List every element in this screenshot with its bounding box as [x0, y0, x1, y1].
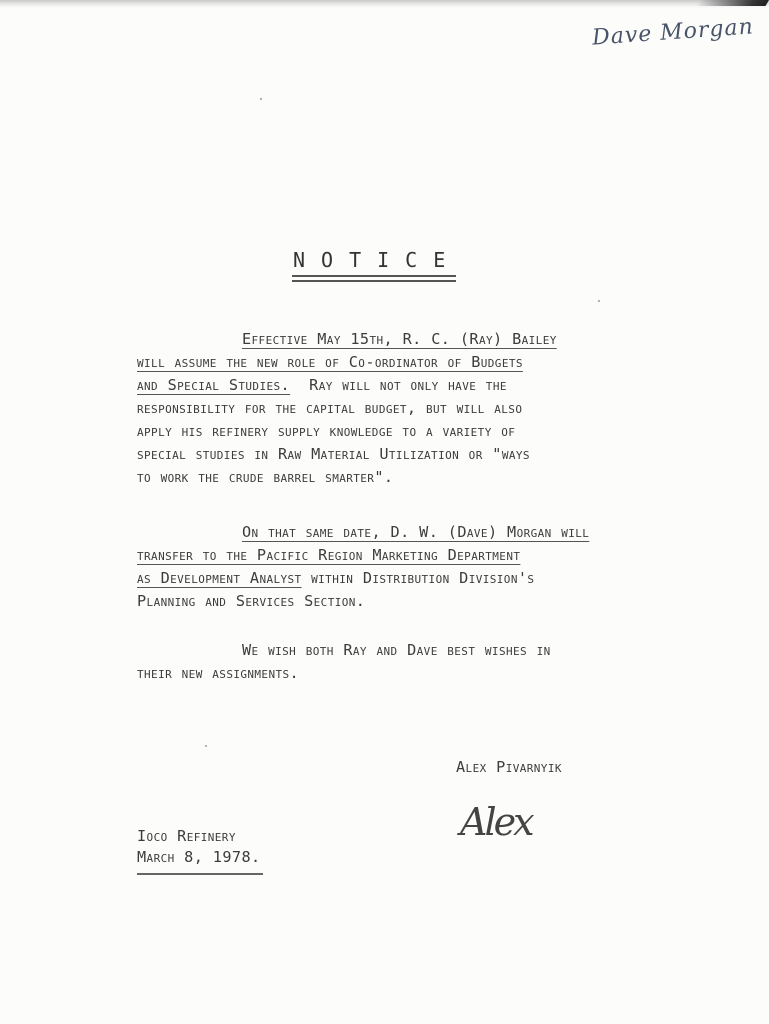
paper-speck [260, 98, 262, 100]
text-line: responsibility for the capital budget, b… [137, 398, 557, 421]
underlined-text: Effective May 15th, R. C. (Ray) Bailey [242, 330, 557, 348]
text-line: to work the crude barrel smarter". [137, 467, 557, 490]
text-segment: within Distribution Division's [302, 569, 535, 587]
paper-top-edge [0, 0, 769, 8]
text-line: On that same date, D. W. (Dave) Morgan w… [137, 522, 589, 545]
paper-speck [598, 300, 600, 302]
signature: Alex [460, 800, 532, 844]
text-line: their new assignments. [137, 663, 551, 686]
text-segment: special studies in Raw Material Utilizat… [137, 445, 530, 463]
paragraph-wishes: We wish both Ray and Dave best wishes in… [137, 640, 551, 686]
text-segment: Ray will not only have the [290, 376, 507, 394]
text-line: Planning and Services Section. [137, 591, 589, 614]
text-segment: responsibility for the capital budget, b… [137, 399, 522, 417]
text-segment: their new assignments. [137, 664, 299, 682]
text-segment: to work the crude barrel smarter". [137, 468, 393, 486]
underlined-text: will assume the new role of Co-ordinator… [137, 353, 523, 371]
paragraph-transfer: On that same date, D. W. (Dave) Morgan w… [137, 522, 589, 614]
paper-speck [205, 745, 207, 747]
title-double-underline [292, 275, 456, 282]
footer-date: March 8, 1978. [137, 847, 261, 868]
text-segment: We wish both Ray and Dave best wishes in [242, 641, 551, 659]
text-line: apply his refinery supply knowledge to a… [137, 421, 557, 444]
text-line: and Special Studies. Ray will not only h… [137, 375, 557, 398]
paragraph-role-change: Effective May 15th, R. C. (Ray) Baileywi… [137, 329, 557, 490]
paper-corner-fold [696, 0, 769, 6]
text-line: special studies in Raw Material Utilizat… [137, 444, 557, 467]
signatory-typed-name: Alex Pivarnyik [456, 758, 562, 776]
underlined-text: On that same date, D. W. (Dave) Morgan w… [242, 523, 589, 541]
text-line: transfer to the Pacific Region Marketing… [137, 545, 589, 568]
footer-block: Ioco Refinery March 8, 1978. [137, 826, 261, 868]
footer-location: Ioco Refinery [137, 826, 261, 847]
underlined-text: as Development Analyst [137, 569, 302, 587]
text-line: Effective May 15th, R. C. (Ray) Bailey [137, 329, 557, 352]
text-segment: Planning and Services Section. [137, 592, 365, 610]
text-segment: apply his refinery supply knowledge to a… [137, 422, 515, 440]
underlined-text: and Special Studies. [137, 376, 290, 394]
underlined-text: transfer to the Pacific Region Marketing… [137, 546, 520, 564]
text-line: as Development Analyst within Distributi… [137, 568, 589, 591]
footer-underline [137, 873, 263, 875]
notice-title: NOTICE [293, 248, 461, 272]
text-line: will assume the new role of Co-ordinator… [137, 352, 557, 375]
handwritten-note: Dave Morgan [591, 14, 754, 50]
text-line: We wish both Ray and Dave best wishes in [137, 640, 551, 663]
